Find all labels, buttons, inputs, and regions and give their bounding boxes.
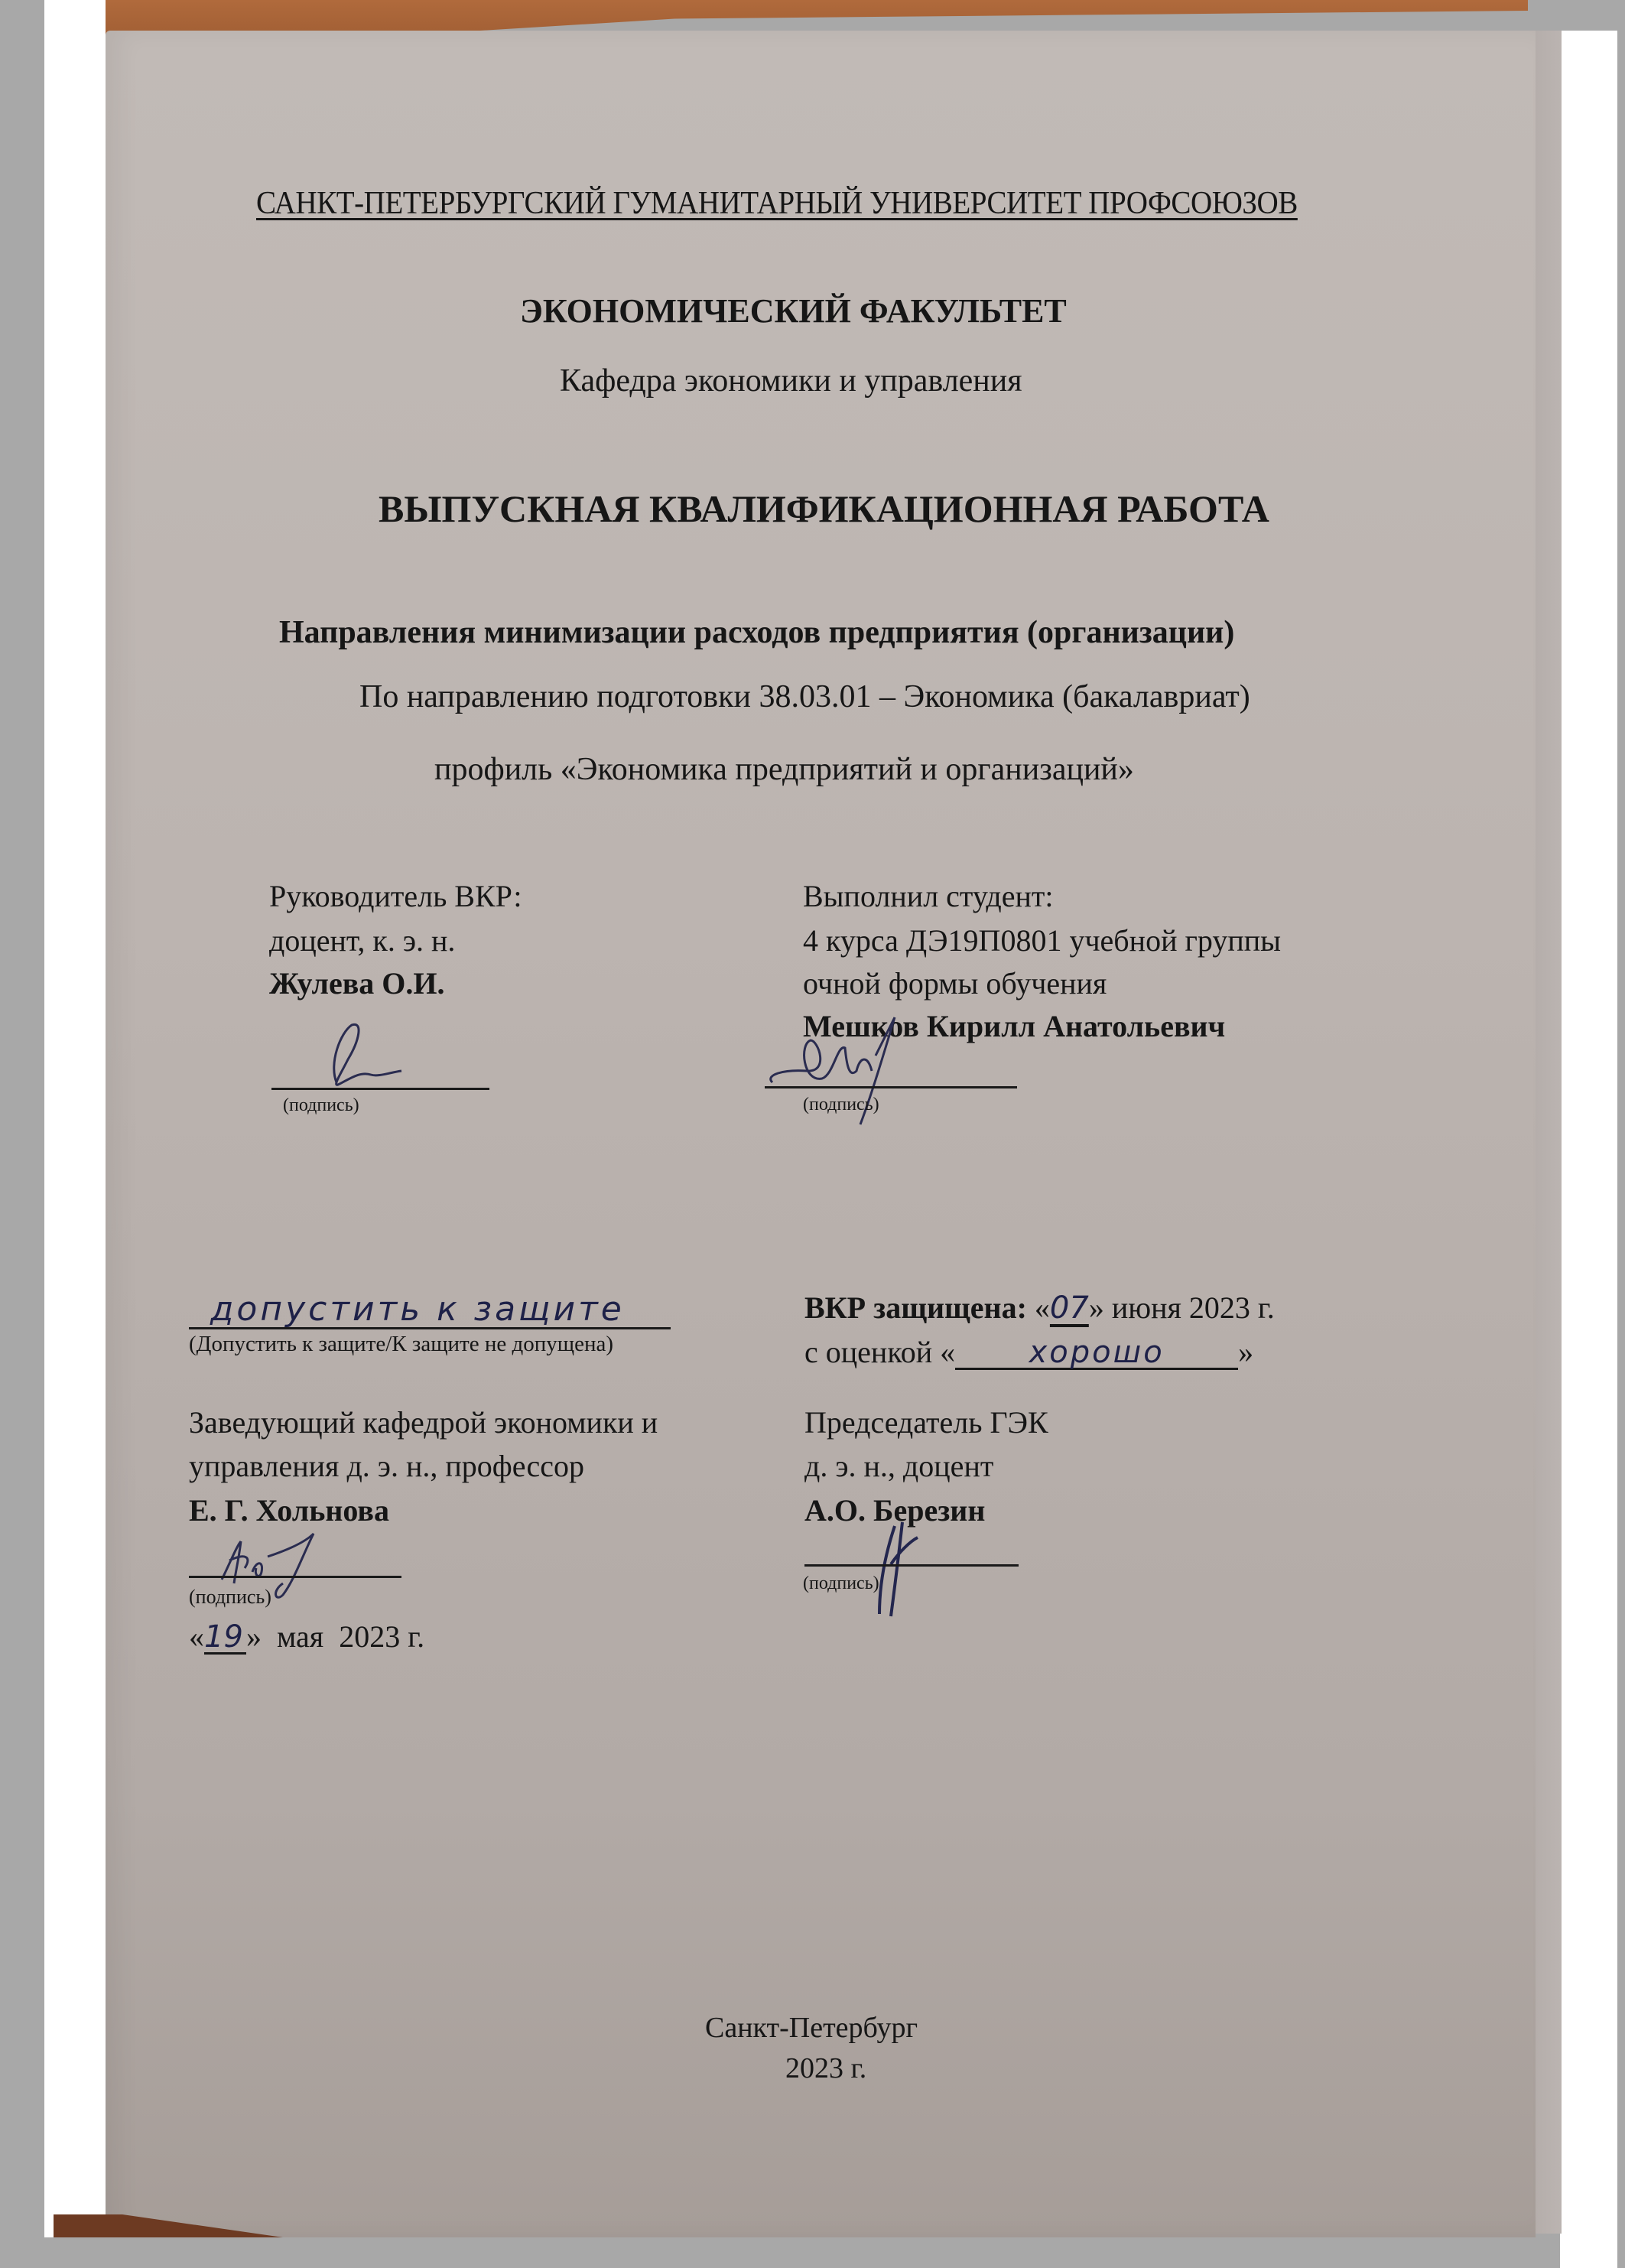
student-signature: [761, 1010, 944, 1147]
thesis-topic: Направления минимизации расходов предпри…: [279, 617, 1234, 649]
head-date-open-quote: «: [189, 1619, 204, 1654]
gek-chair-signature: [872, 1518, 933, 1618]
admission-handwritten-decision: допустить к защите: [210, 1293, 625, 1326]
defense-date-line: ВКР защищена: «07» июня 2023 г.: [804, 1293, 1275, 1323]
admission-line: [189, 1327, 671, 1329]
work-type-title: ВЫПУСКНАЯ КВАЛИФИКАЦИОННАЯ РАБОТА: [379, 490, 1269, 528]
supervisor-signature-line: [271, 1088, 489, 1090]
study-profile: профиль «Экономика предприятий и организ…: [434, 753, 1134, 786]
student-title: Выполнил студент:: [803, 881, 1053, 912]
defense-month-year: » июня 2023 г.: [1089, 1290, 1275, 1325]
gek-chair-title: Председатель ГЭК: [804, 1407, 1048, 1438]
defense-open-quote: «: [1035, 1290, 1050, 1325]
footer-year: 2023 г.: [785, 2054, 866, 2083]
head-name: Е. Г. Хольнова: [189, 1495, 389, 1526]
head-date-day: 19: [204, 1622, 246, 1655]
student-study-form: очной формы обучения: [803, 968, 1107, 999]
defense-grade: хорошо: [955, 1337, 1238, 1370]
supervisor-signature: [306, 1017, 413, 1094]
student-group: 4 курса ДЭ19П0801 учебной группы: [803, 926, 1281, 956]
university-name: САНКТ-ПЕТЕРБУРГСКИЙ ГУМАНИТАРНЫЙ УНИВЕРС…: [256, 187, 1298, 220]
department-name: Кафедра экономики и управления: [560, 365, 1022, 397]
supervisor-name: Жулева О.И.: [269, 968, 445, 999]
scan-margin-right: [1560, 31, 1617, 2268]
defense-label: ВКР защищена:: [804, 1290, 1027, 1325]
supervisor-title: Руководитель ВКР:: [269, 881, 522, 912]
admission-caption: (Допустить к защите/К защите не допущена…: [189, 1333, 613, 1355]
head-signature-line: [189, 1576, 401, 1578]
gek-chair-degree: д. э. н., доцент: [804, 1451, 993, 1482]
gek-chair-signature-line: [804, 1564, 1019, 1567]
scan-margin-left: [44, 0, 106, 2237]
defense-day: 07: [1050, 1290, 1089, 1326]
footer-city: Санкт-Петербург: [705, 2013, 918, 2042]
defense-grade-line: с оценкой «хорошо»: [804, 1337, 1253, 1370]
faculty-name: ЭКОНОМИЧЕСКИЙ ФАКУЛЬТЕТ: [520, 294, 1067, 328]
head-approval-date: «19» мая 2023 г.: [189, 1622, 424, 1655]
head-title-line2: управления д. э. н., профессор: [189, 1451, 584, 1482]
gek-chair-signature-caption: (подпись): [803, 1574, 879, 1593]
head-date-rest: » мая 2023 г.: [246, 1619, 424, 1654]
supervisor-degree: доцент, к. э. н.: [269, 926, 455, 956]
head-signature-caption: (подпись): [189, 1587, 271, 1607]
student-signature-line: [765, 1086, 1017, 1088]
study-direction: По направлению подготовки 38.03.01 – Эко…: [359, 681, 1250, 713]
head-title-line1: Заведующий кафедрой экономики и: [189, 1407, 658, 1438]
supervisor-signature-caption: (подпись): [283, 1096, 359, 1114]
grade-close-quote: »: [1238, 1335, 1253, 1369]
student-signature-caption: (подпись): [803, 1095, 879, 1114]
grade-label: с оценкой «: [804, 1335, 955, 1369]
